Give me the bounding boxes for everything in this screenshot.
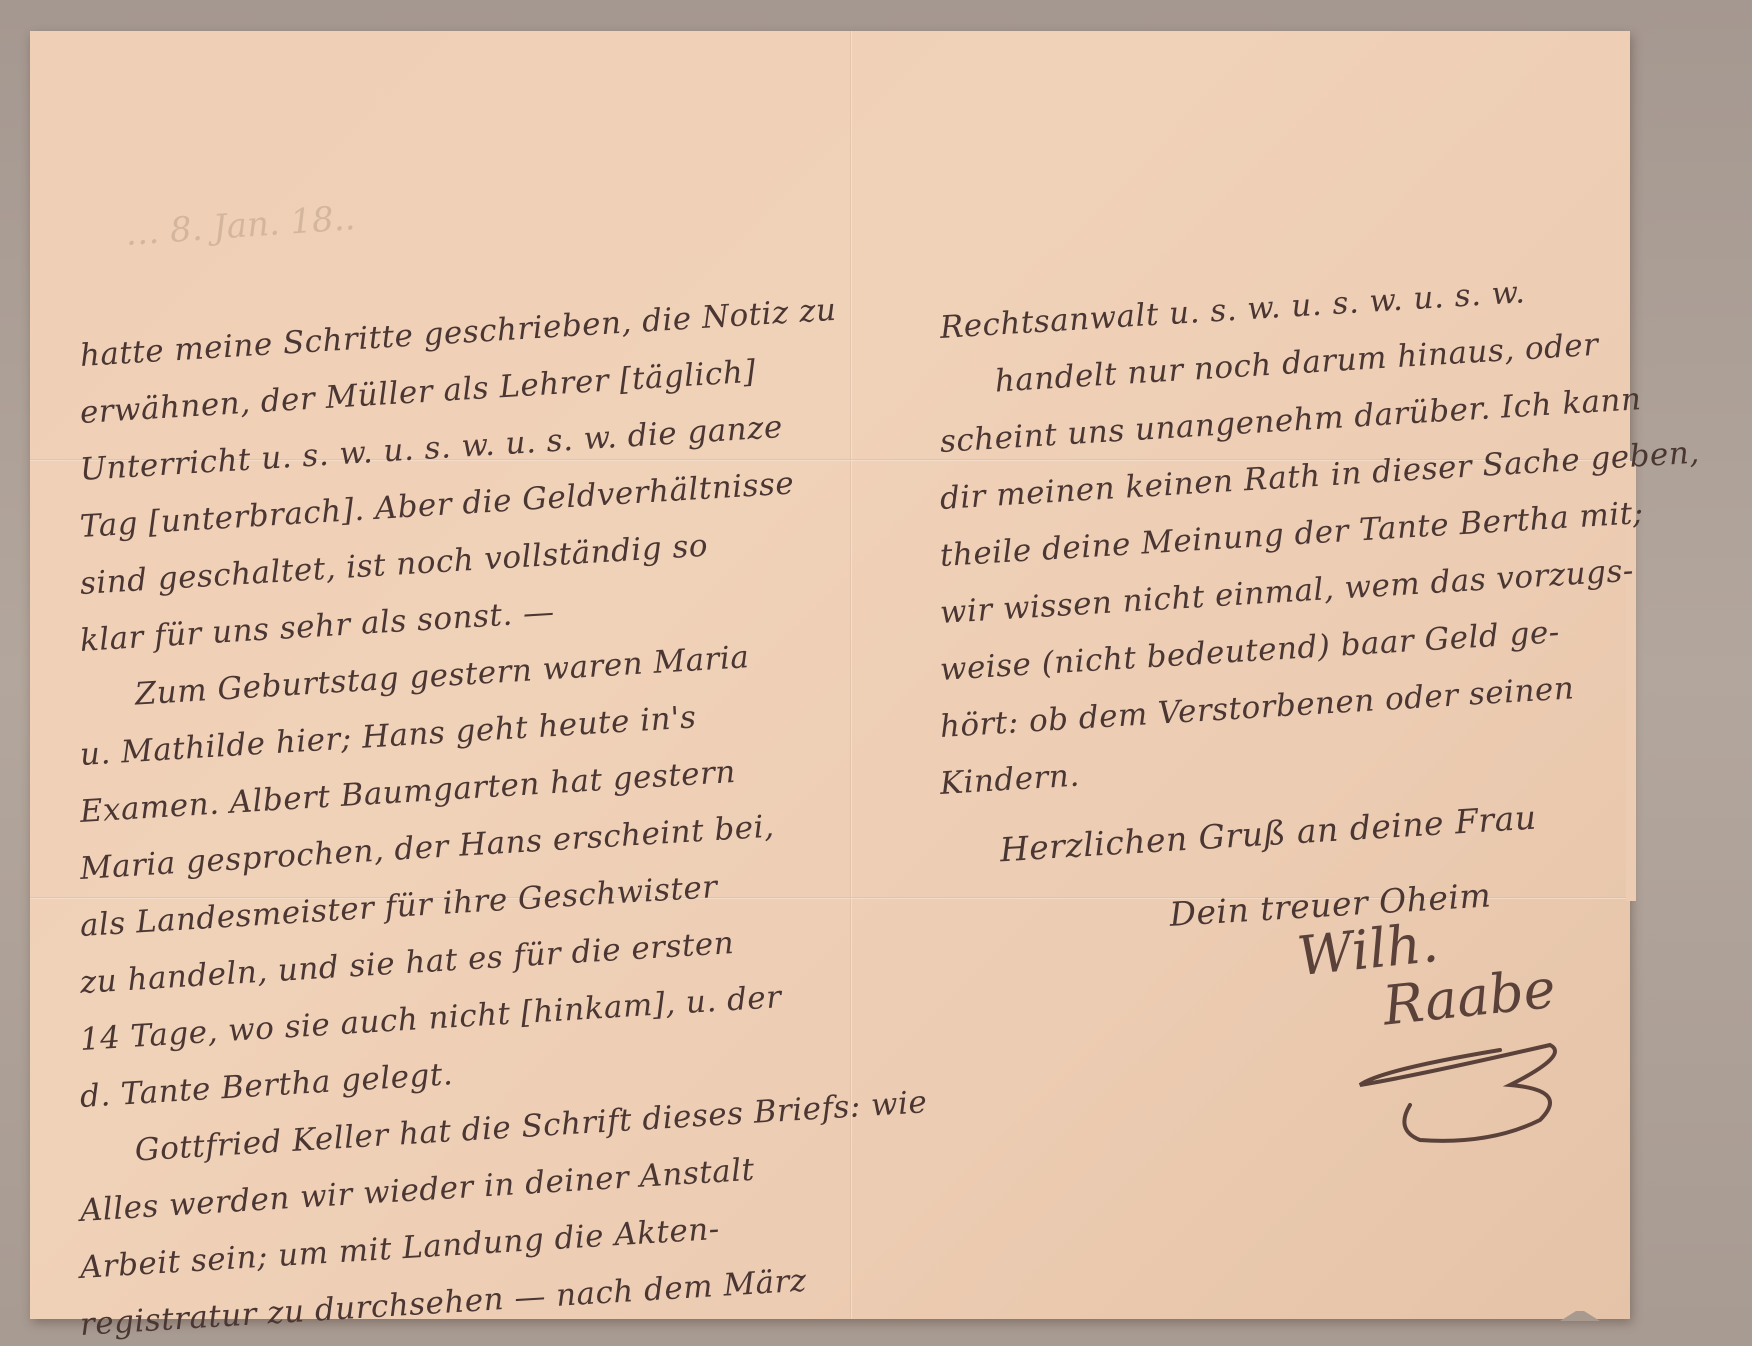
paper-notch [1560,1311,1600,1321]
signature: Wilh. Raabe [1295,902,1559,1044]
right-page-text: Rechtsanwalt u. s. w. u. s. w. u. s. w. … [940,300,1700,957]
signature-flourish-icon [1340,1030,1560,1150]
left-page-text: hatte meine Schritte geschrieben, die No… [80,328,840,1346]
bleed-through-heading: … 8. Jan. 18.. [124,198,357,254]
